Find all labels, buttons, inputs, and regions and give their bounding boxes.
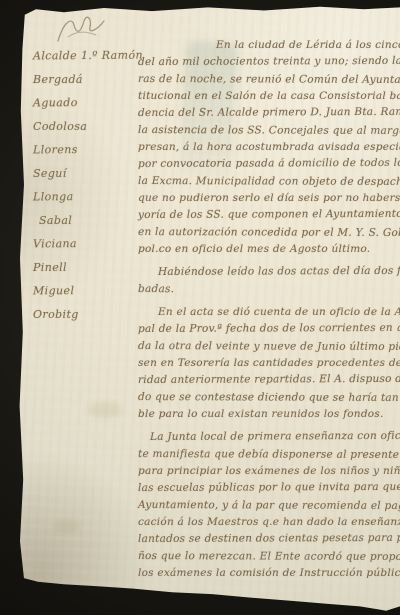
- manuscript-line: En la ciudad de Lérida á los cinco días …: [138, 37, 400, 54]
- manuscript-line: En el acta se dió cuenta de un oficio de…: [138, 304, 400, 321]
- attendee-name: Bergadá: [33, 68, 145, 92]
- manuscript-line: la Excma. Municipalidad con objeto de de…: [138, 173, 400, 191]
- manuscript-line: las escuelas públicas por lo que invita …: [138, 479, 400, 497]
- attendee-name: Codolosa: [33, 115, 145, 139]
- rubric-flourish-icon: [54, 15, 106, 45]
- manuscript-line: da la otra del veinte y nueve de Junio ú…: [138, 338, 400, 356]
- manuscript-line: badas.: [138, 281, 400, 299]
- attendee-margin-list: Alcalde 1.º Ramón Bergadá Aguado Codolos…: [33, 44, 145, 326]
- manuscript-line: dencia del Sr. Alcalde primero D. Juan B…: [138, 104, 400, 122]
- manuscript-line: por convocatoria pasada á domicilio de t…: [138, 155, 400, 173]
- minutes-body: En la ciudad de Lérida á los cinco días …: [138, 31, 400, 582]
- attendee-name: Viciana: [33, 232, 145, 256]
- manuscript-line: ños que lo merezcan. El Ente acordó que …: [138, 548, 400, 566]
- manuscript-line: cación á los Maestros q.e han dado la en…: [138, 514, 400, 531]
- manuscript-line: la asistencia de los SS. Concejales que …: [138, 122, 400, 140]
- manuscript-line: titucional en el Salón de la casa Consis…: [138, 88, 400, 105]
- manuscript-line: Habiéndose leído las dos actas del día d…: [138, 263, 400, 281]
- manuscript-line: ridad anteriormente repartidas. El A. di…: [138, 371, 400, 389]
- manuscript-line: yoría de los SS. que componen el Ayuntam…: [138, 206, 400, 224]
- manuscript-line: pol.co en oficio del mes de Agosto últim…: [138, 241, 400, 258]
- attendee-name: Miguel: [33, 279, 145, 303]
- manuscript-line: los exámenes la comisión de Instrucción …: [138, 565, 400, 582]
- manuscript-line: te manifiesta que debía disponerse al pr…: [138, 446, 400, 464]
- manuscript-line: ras de la noche, se reunió el Común del …: [138, 71, 400, 89]
- manuscript-line: en la autorización concedida por el M. Y…: [138, 224, 400, 242]
- manuscript-line: del año mil ochocientos treinta y uno; s…: [138, 53, 400, 71]
- foxing-spot: [88, 402, 122, 418]
- manuscript-line: ble para lo cual existan reunidos los fo…: [138, 406, 400, 423]
- attendee-name: Llorens: [33, 138, 145, 162]
- manuscript-line: sen en Tesorería las cantidades proceden…: [138, 355, 400, 372]
- manuscript-line: lantados se destinen dos cientas pesetas…: [138, 530, 400, 548]
- manuscript-line: pal de la Prov.ª fecha dos de los corrie…: [138, 320, 400, 338]
- attendee-name: Seguí: [33, 162, 145, 186]
- manuscript-line: La Junta local de primera enseñanza con …: [138, 428, 400, 446]
- attendee-name: Alcalde 1.º Ramón: [33, 44, 145, 68]
- attendee-name: Sabal: [33, 209, 145, 233]
- attendee-name: Pinell: [33, 256, 145, 280]
- photograph-background: Alcalde 1.º Ramón Bergadá Aguado Codolos…: [0, 0, 400, 615]
- manuscript-line: presan, á la hora acostumbrada avisada e…: [138, 139, 400, 156]
- attendee-name: Aguado: [33, 91, 145, 115]
- foxing-spot: [54, 520, 80, 533]
- manuscript-line: do que se contestase diciendo que se har…: [138, 389, 400, 407]
- manuscript-line: que no pudieron serlo el día seis por no…: [138, 190, 400, 207]
- manuscript-line: Ayuntamiento, y á la par que recomienda …: [138, 497, 400, 515]
- manuscript-line: para principiar los exámenes de los niño…: [138, 463, 400, 480]
- attendee-name: Llonga: [33, 185, 145, 209]
- manuscript-page: Alcalde 1.º Ramón Bergadá Aguado Codolos…: [0, 0, 400, 615]
- attendee-name: Orobitg: [33, 303, 145, 327]
